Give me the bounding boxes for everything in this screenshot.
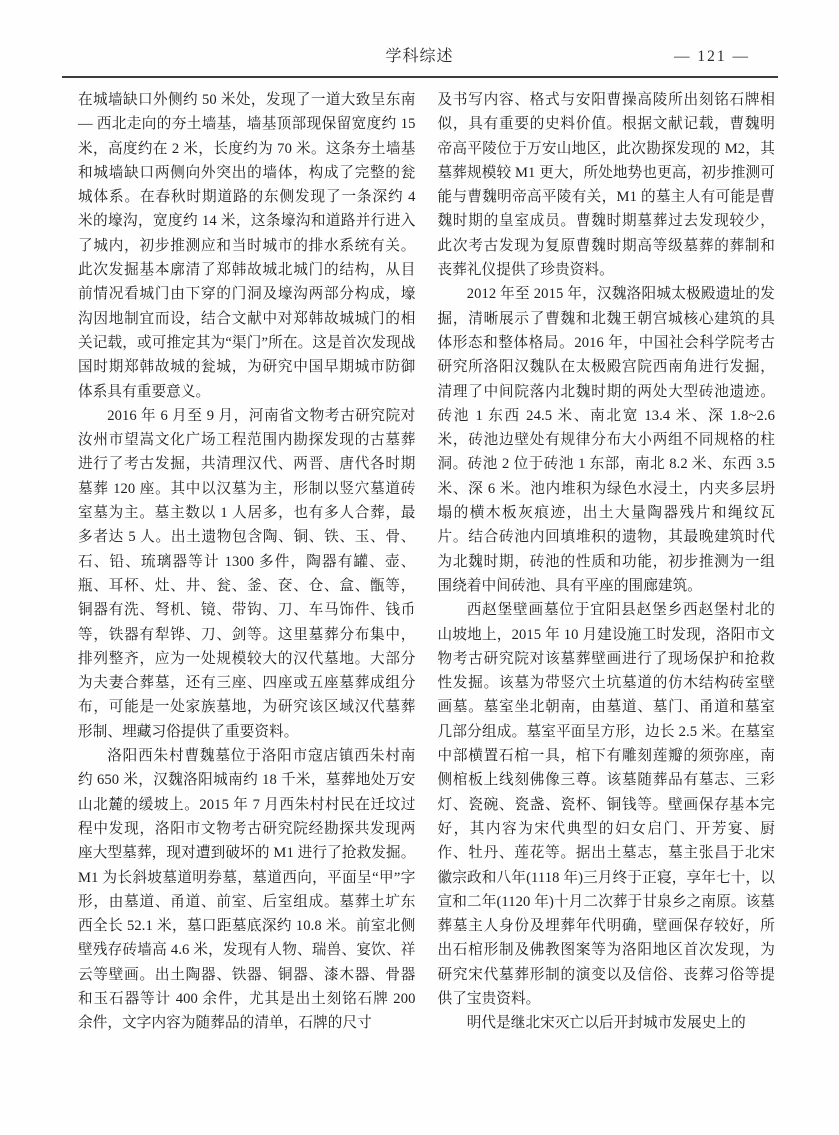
- paragraph: 明代是继北宋灭亡以后开封城市发展史上的: [438, 1011, 776, 1035]
- right-column: 及书写内容、格式与安阳曹操高陵所出刻铭石牌相似，具有重要的史料价值。根据文献记载…: [438, 88, 776, 1048]
- paragraph: 2012 年至 2015 年，汉魏洛阳城太极殿遗址的发掘，清晰展示了曹魏和北魏王…: [438, 282, 776, 598]
- left-column: 在城墙缺口外侧约 50 米处，发现了一道大致呈东南— 西北走向的夯土墙基，墙基顶…: [78, 88, 416, 1048]
- journal-page: 学科综述 — 121 — 在城墙缺口外侧约 50 米处，发现了一道大致呈东南— …: [0, 0, 839, 1135]
- paragraph-continuation: 及书写内容、格式与安阳曹操高陵所出刻铭石牌相似，具有重要的史料价值。根据文献记载…: [438, 88, 776, 282]
- paragraph-continuation: 在城墙缺口外侧约 50 米处，发现了一道大致呈东南— 西北走向的夯土墙基，墙基顶…: [78, 88, 416, 404]
- paragraph: 2016 年 6 月至 9 月，河南省文物考古研究院对汝州市望嵩文化广场工程范围…: [78, 404, 416, 744]
- text-columns: 在城墙缺口外侧约 50 米处，发现了一道大致呈东南— 西北走向的夯土墙基，墙基顶…: [78, 88, 775, 1048]
- header-rule: [62, 76, 778, 78]
- paragraph: 洛阳西朱村曹魏墓位于洛阳市寇店镇西朱村南约 650 米，汉魏洛阳城南约 18 千…: [78, 744, 416, 1036]
- page-number: — 121 —: [674, 46, 750, 68]
- paragraph: 西赵堡壁画墓位于宜阳县赵堡乡西赵堡村北的山坡地上，2015 年 10 月建设施工…: [438, 598, 776, 1011]
